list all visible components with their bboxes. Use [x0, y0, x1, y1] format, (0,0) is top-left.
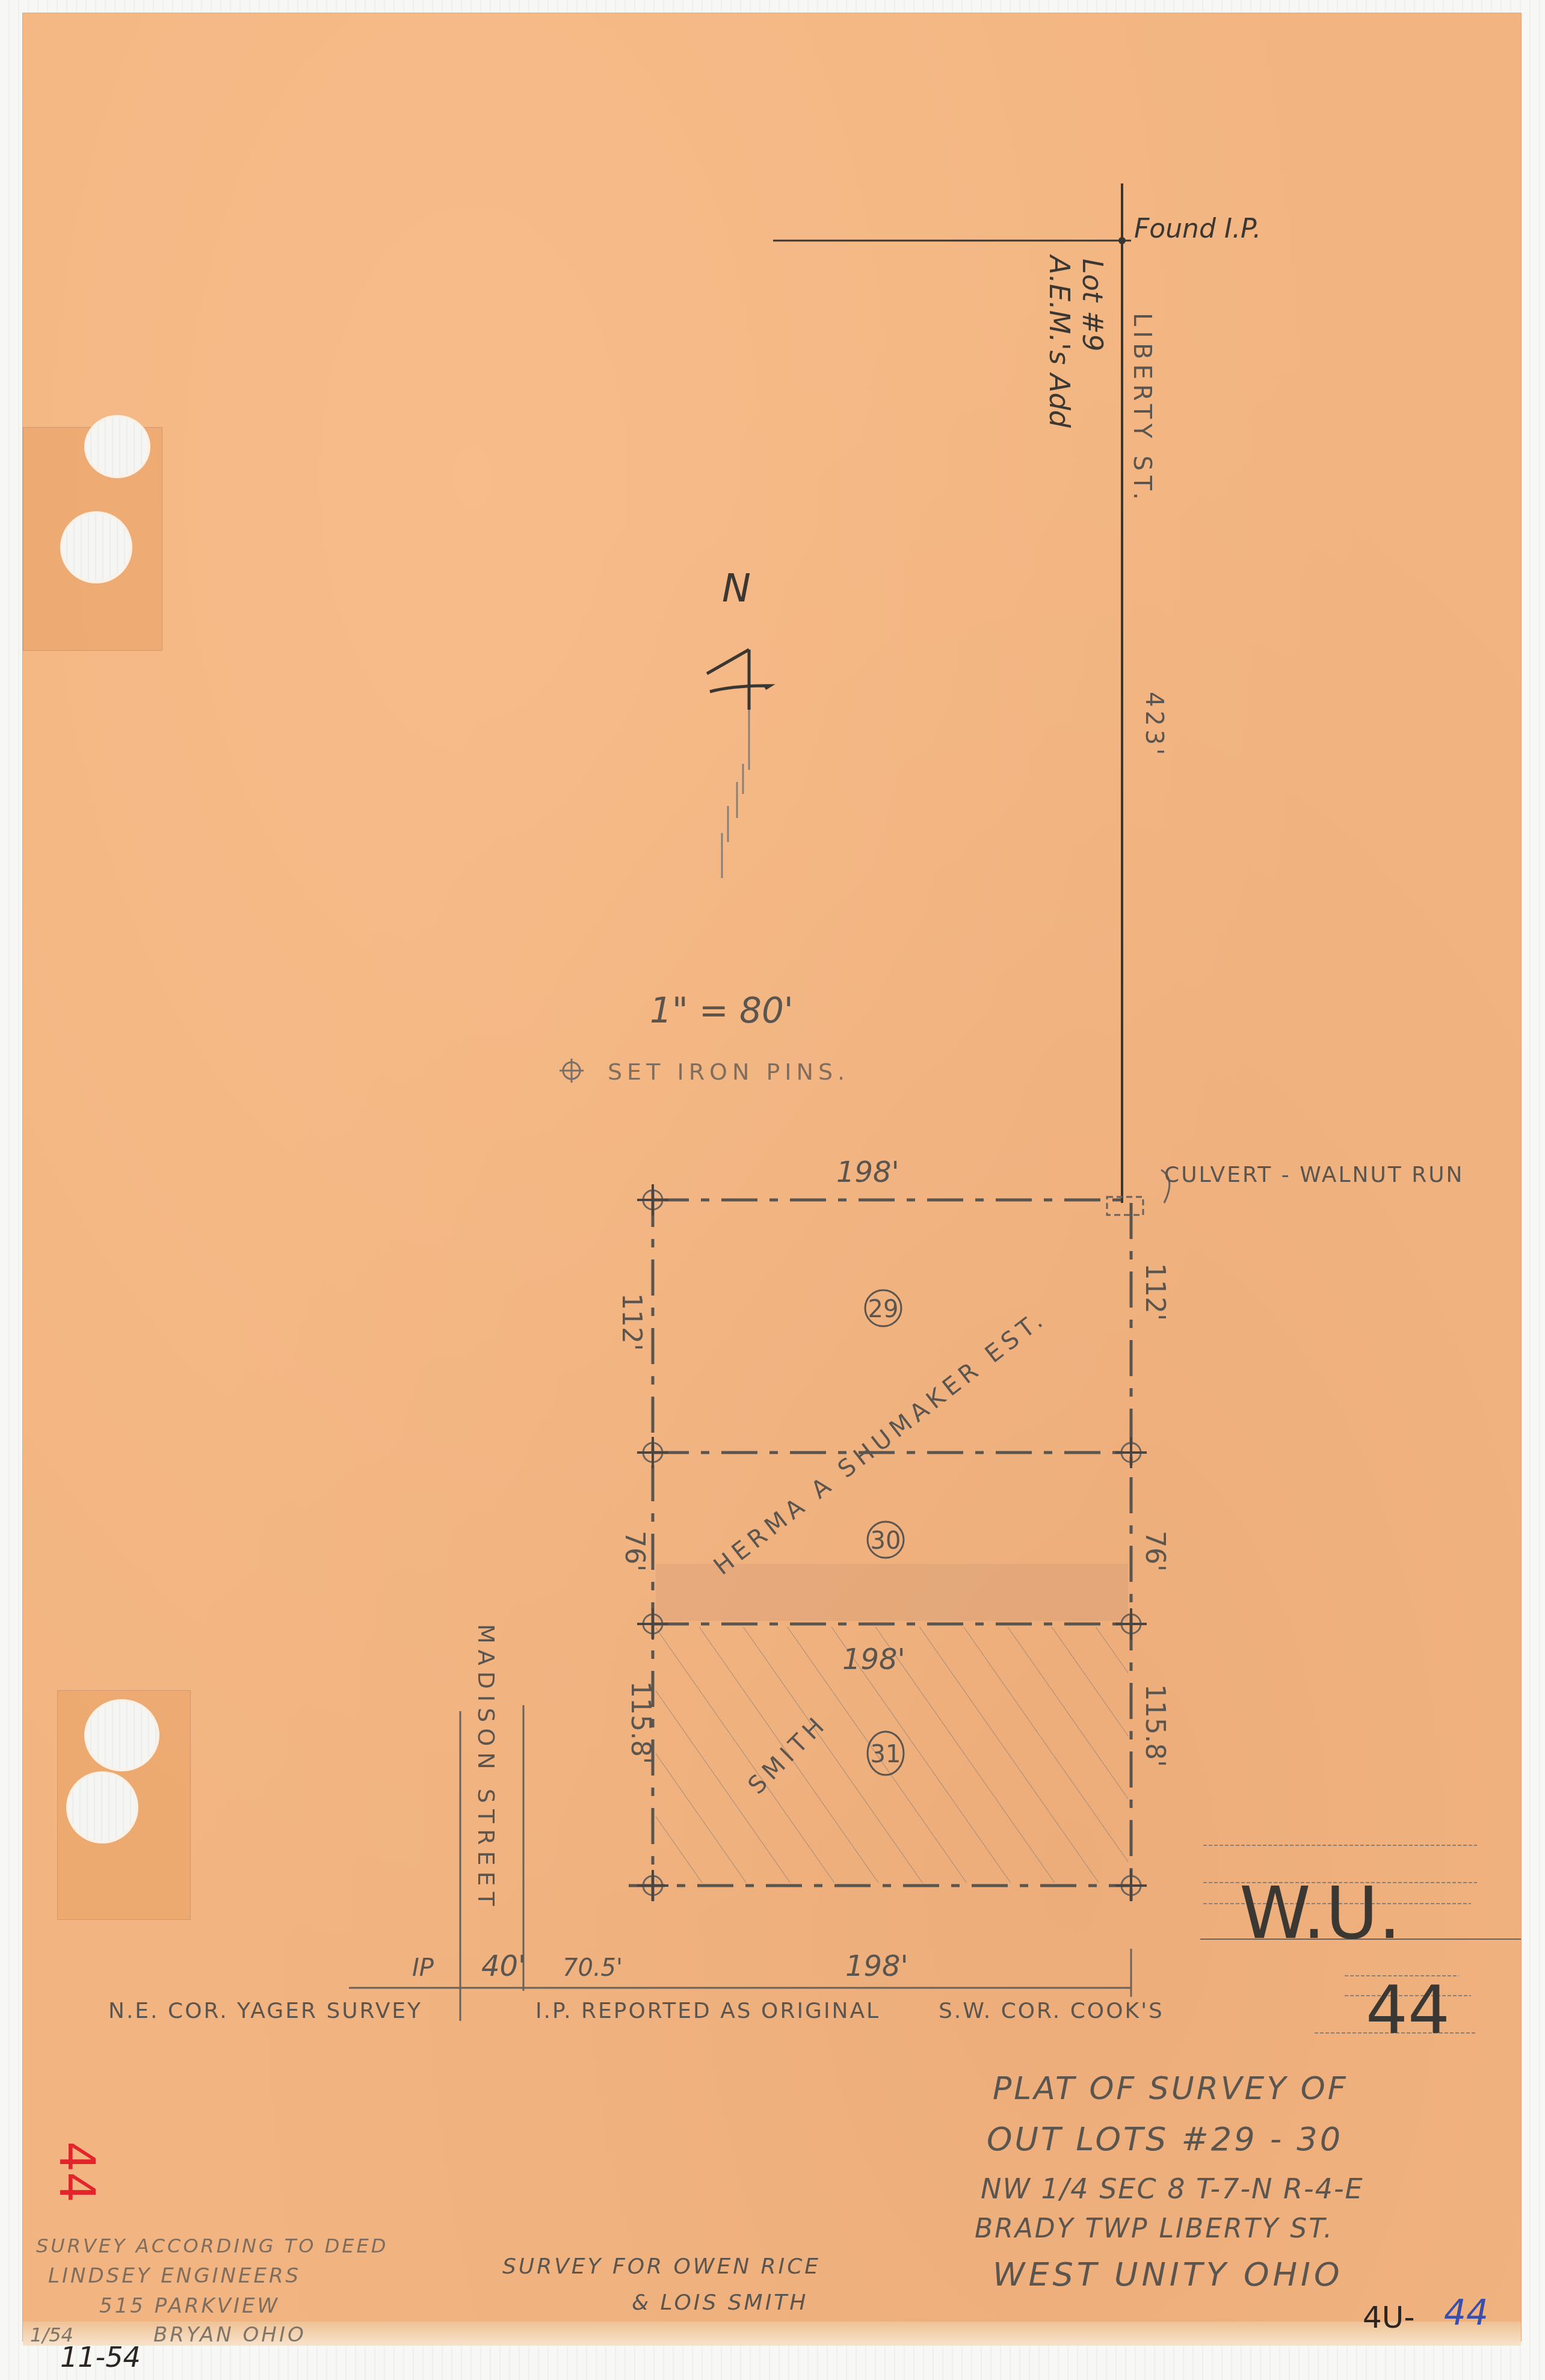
file-number: 44 — [1366, 1972, 1450, 2049]
lot-9-label: Lot #9 — [1076, 259, 1109, 351]
catalog-prefix: 4U- — [1363, 2300, 1414, 2335]
found-ip-label: Found I.P. — [1134, 214, 1261, 244]
surveyor-block: SURVEY ACCORDING TO DEED LINDSEY ENGINEE… — [30, 2234, 388, 2347]
survey-date: 11-54 — [60, 2341, 141, 2373]
lot-31-marker: 31 — [868, 1732, 904, 1775]
legend-set-iron-pins: SET IRON PINS. — [560, 1059, 850, 1085]
lot29-left-dimension: 112' — [616, 1293, 647, 1351]
svg-text:SET IRON PINS.: SET IRON PINS. — [608, 1059, 850, 1085]
ne-cor-yager-note: N.E. COR. YAGER SURVEY — [108, 1999, 422, 2023]
lot30-right-dimension: 76' — [1139, 1531, 1170, 1572]
lot30-left-dimension: 76' — [619, 1531, 650, 1572]
lot31-right-dimension: 115.8' — [1139, 1684, 1170, 1767]
culvert-label: CULVERT - WALNUT RUN — [1164, 1163, 1464, 1187]
sw-cor-cooks-note: S.W. COR. COOK'S — [939, 1999, 1164, 2023]
lot-29-marker: 29 — [865, 1290, 901, 1326]
smith-owner-label: SMITH — [743, 1709, 833, 1800]
svg-text:31: 31 — [871, 1741, 901, 1768]
bottom-width-dimension: 198' — [845, 1949, 908, 1983]
svg-text:LINDSEY ENGINEERS: LINDSEY ENGINEERS — [48, 2264, 301, 2288]
liberty-length-dimension: 423' — [1140, 692, 1168, 758]
red-file-number: 44 — [49, 2141, 105, 2203]
svg-text:BRADY TWP LIBERTY ST.: BRADY TWP LIBERTY ST. — [975, 2213, 1334, 2244]
svg-text:515 PARKVIEW: 515 PARKVIEW — [99, 2294, 280, 2318]
client-block: SURVEY FOR OWEN RICE & LOIS SMITH — [502, 2254, 821, 2315]
svg-text:29: 29 — [868, 1296, 899, 1323]
ip-label: IP — [412, 1954, 434, 1982]
title-block: PLAT OF SURVEY OF OUT LOTS #29 - 30 NW 1… — [975, 2071, 1364, 2293]
offset-dimension: 70.5' — [563, 1954, 623, 1982]
ip-reported-note: I.P. REPORTED AS ORIGINAL — [535, 1999, 880, 2023]
liberty-st-label: LIBERTY ST. — [1128, 313, 1156, 505]
top-width-dimension: 198' — [836, 1155, 899, 1189]
catalog-number: 44 — [1444, 2292, 1488, 2333]
lot-30-marker: 30 — [868, 1522, 904, 1558]
north-label: N — [722, 567, 751, 611]
svg-text:OUT LOTS #29 - 30: OUT LOTS #29 - 30 — [987, 2120, 1343, 2158]
svg-text:WEST UNITY OHIO: WEST UNITY OHIO — [993, 2255, 1343, 2293]
madison-street-label: MADISON STREET — [473, 1624, 499, 1912]
svg-text:& LOIS SMITH: & LOIS SMITH — [632, 2290, 808, 2315]
lot31-left-dimension: 115.8' — [625, 1681, 656, 1764]
svg-text:NW 1/4 SEC 8 T-7-N R-4-E: NW 1/4 SEC 8 T-7-N R-4-E — [981, 2172, 1364, 2205]
svg-text:SURVEY ACCORDING TO DEED: SURVEY ACCORDING TO DEED — [36, 2234, 388, 2257]
lot29-right-dimension: 112' — [1139, 1263, 1170, 1321]
svg-text:SURVEY FOR OWEN RICE: SURVEY FOR OWEN RICE — [502, 2254, 821, 2279]
file-prefix-wu: W.U. — [1239, 1872, 1401, 1955]
svg-text:BRYAN OHIO: BRYAN OHIO — [153, 2323, 306, 2347]
mid-width-dimension: 198' — [842, 1643, 905, 1676]
scale-label: 1" = 80' — [650, 990, 794, 1031]
aem-addition-label: A.E.M.'s Add — [1043, 254, 1076, 428]
plat-text-layer: Found I.P. Lot #9 A.E.M.'s Add LIBERTY S… — [0, 0, 1545, 2380]
svg-text:30: 30 — [871, 1527, 901, 1555]
svg-text:PLAT OF SURVEY OF: PLAT OF SURVEY OF — [993, 2071, 1348, 2107]
madison-width-dimension: 40' — [481, 1949, 526, 1983]
